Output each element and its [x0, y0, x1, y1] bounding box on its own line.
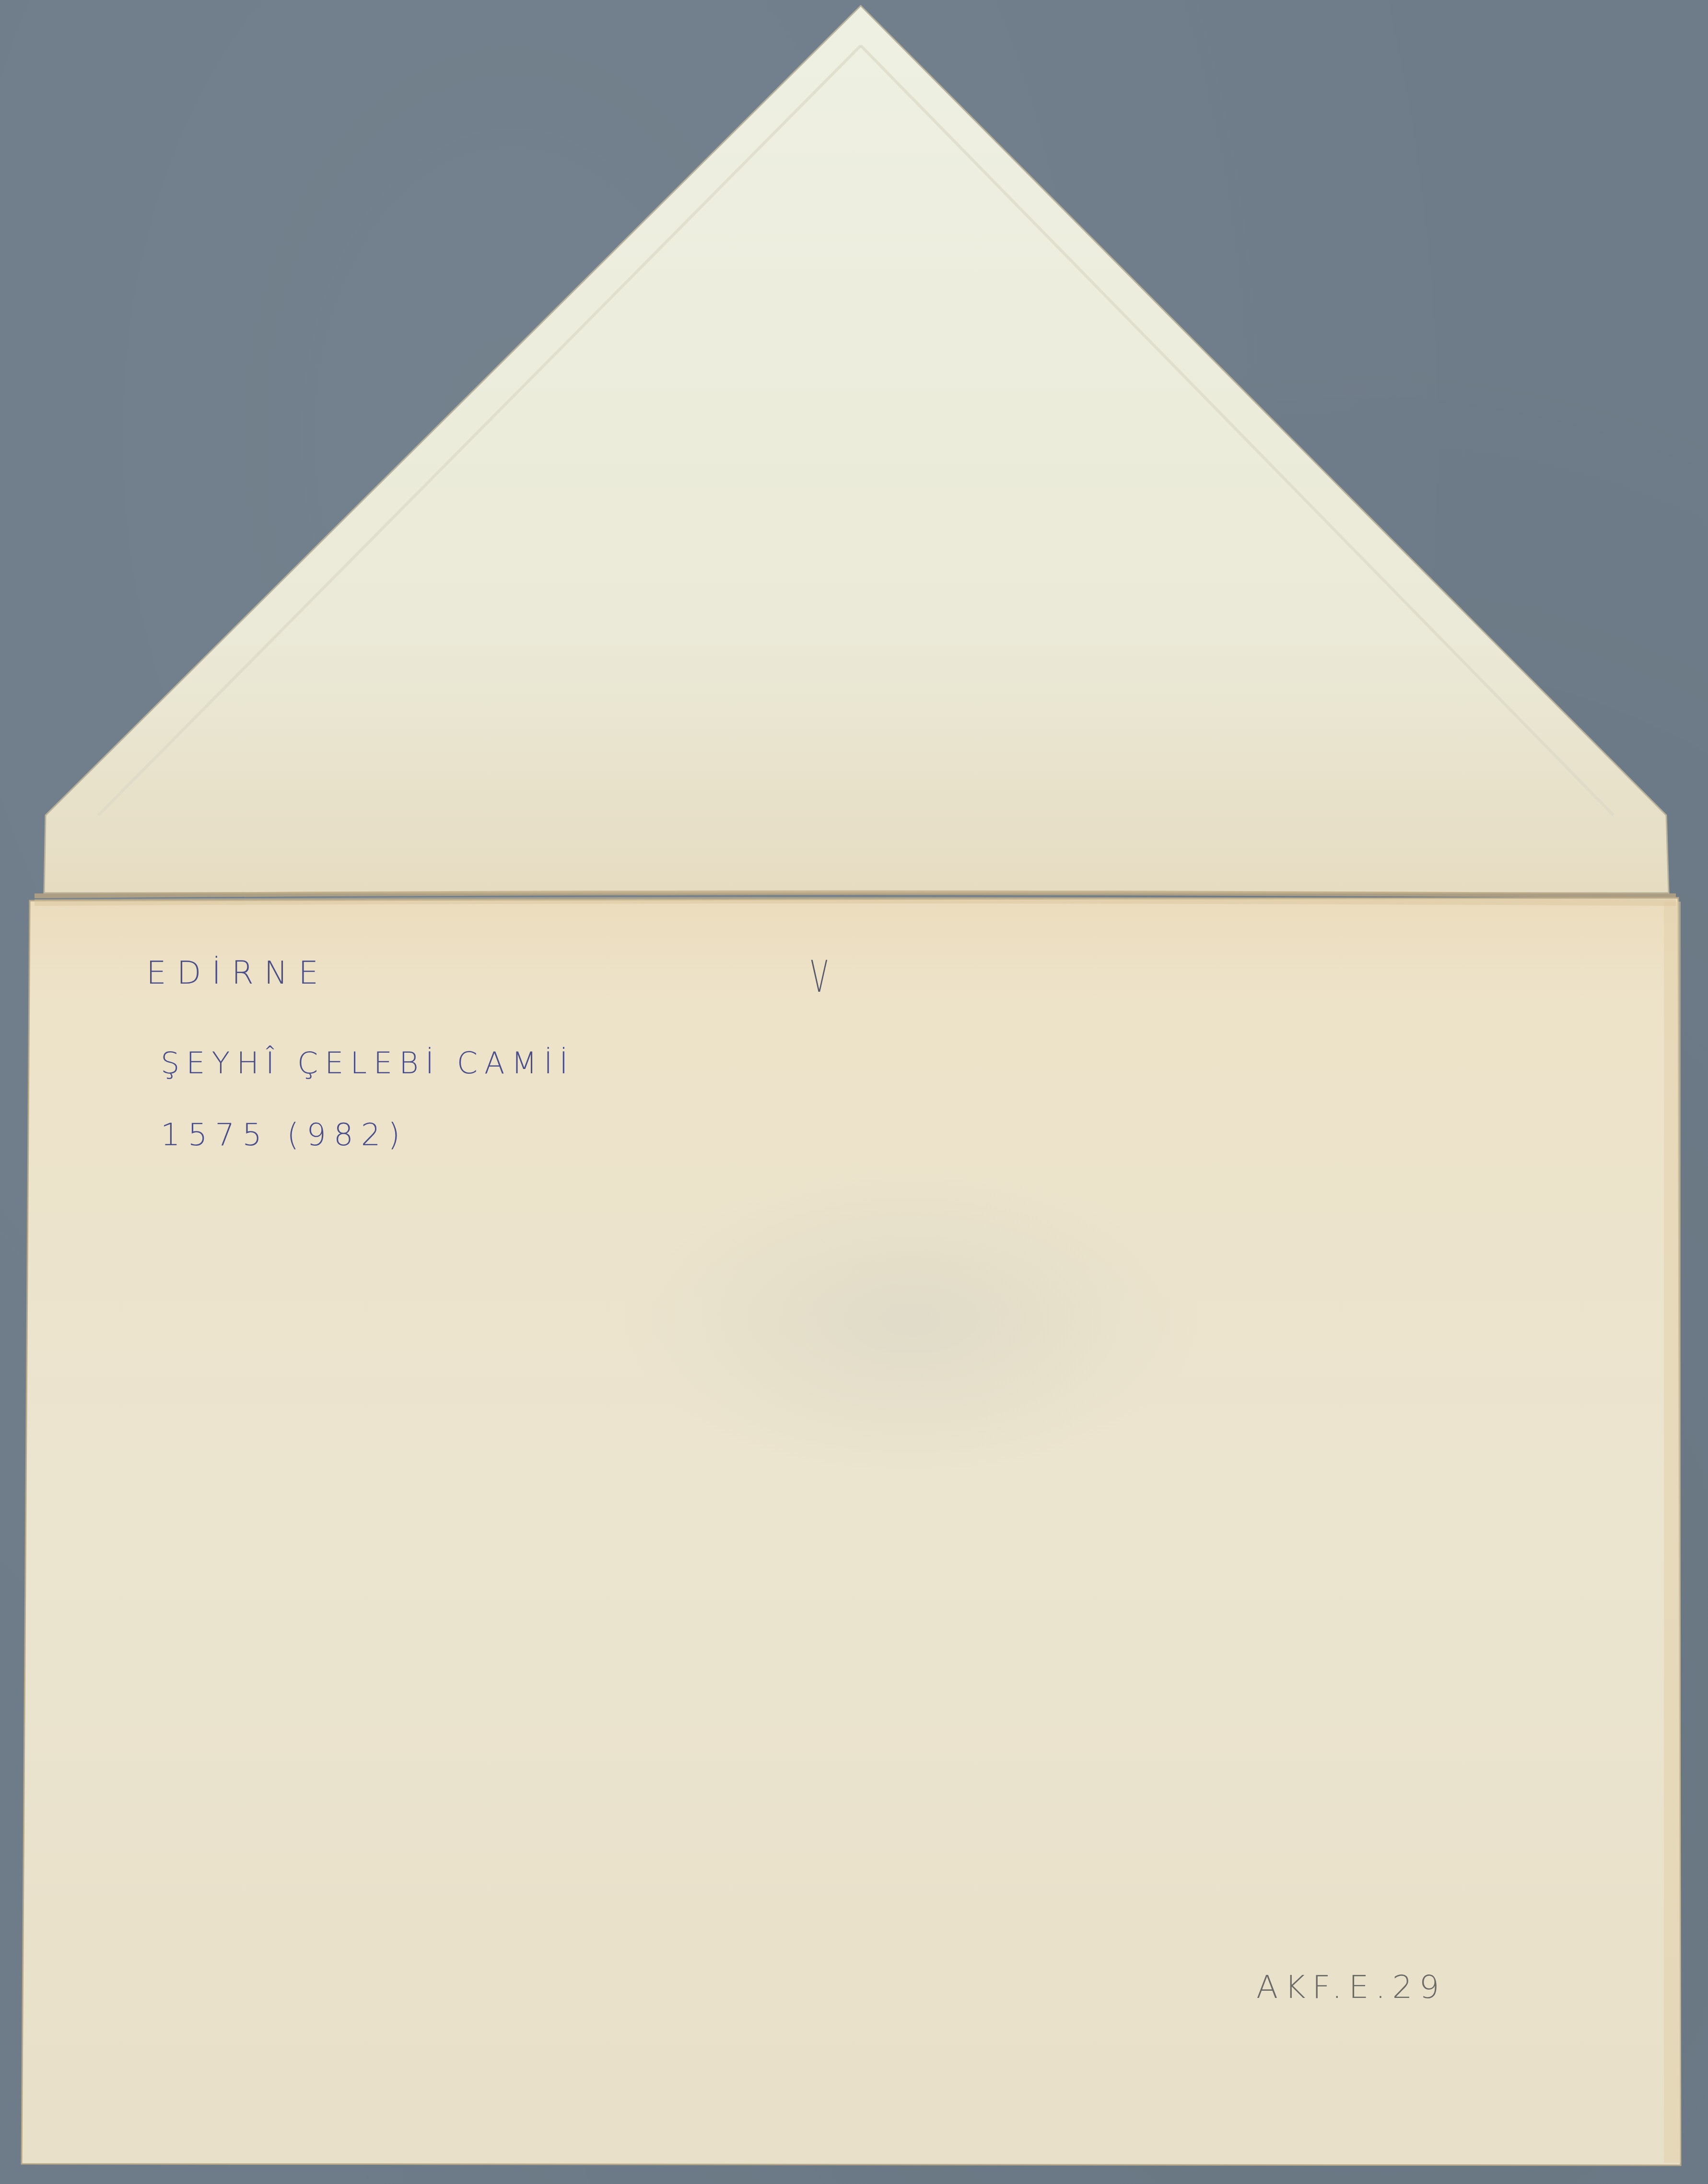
catalog-number: AKF.E.29	[1256, 1969, 1446, 2006]
handwritten-date: 1575 (982)	[161, 1117, 408, 1153]
handwritten-check-mark: V	[810, 952, 828, 1002]
handwritten-city-label: EDİRNE	[146, 954, 329, 991]
envelope	[0, 0, 1708, 2184]
fold-crease	[35, 893, 1676, 896]
handwritten-monument-name: ŞEYHÎ ÇELEBİ CAMİİ	[161, 1045, 575, 1080]
envelope-flap	[44, 6, 1669, 893]
